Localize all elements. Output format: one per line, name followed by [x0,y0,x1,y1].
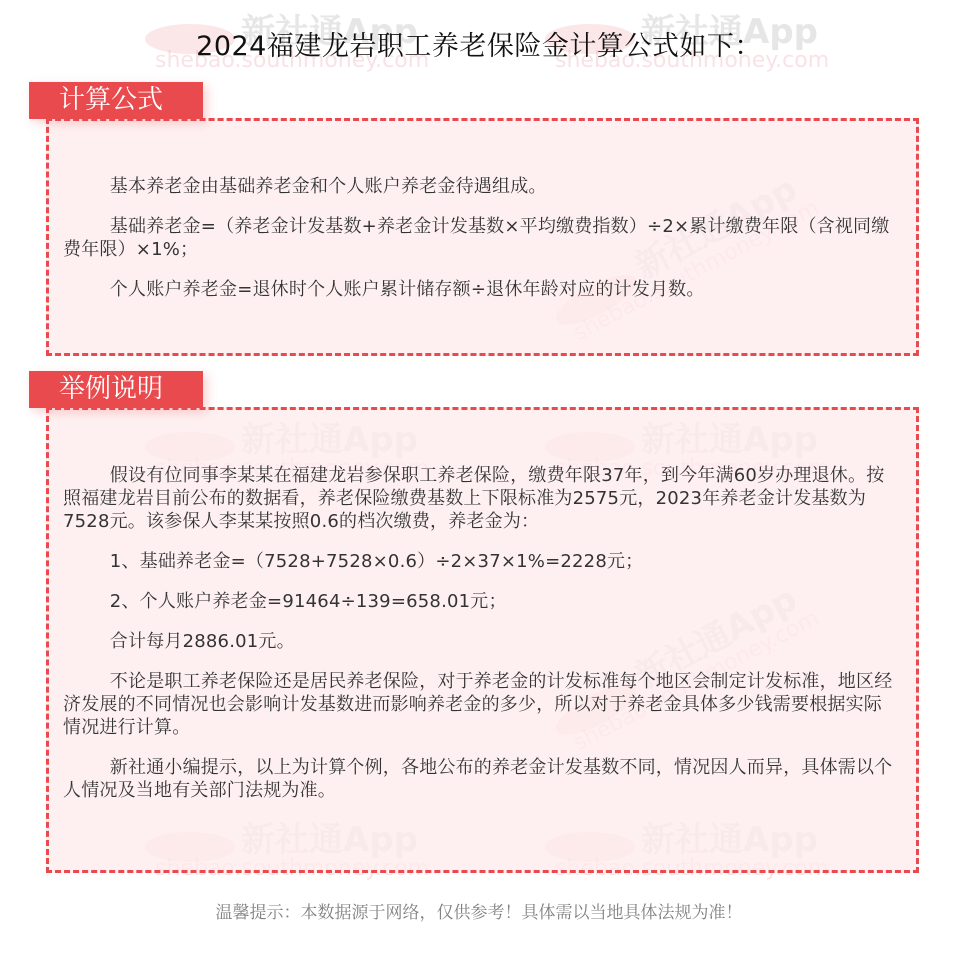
paragraph: 2、个人账户养老金=91464÷139=658.01元； [63,590,898,613]
section-tab-example: 举例说明 [29,371,203,408]
paragraph: 基本养老金由基础养老金和个人账户养老金待遇组成。 [63,175,898,198]
page-title: 2024福建龙岩职工养老保险金计算公式如下： [0,24,958,63]
paragraph: 假设有位同事李某某在福建龙岩参保职工养老保险，缴费年限37年，到今年满60岁办理… [63,464,898,533]
footer-notice: 温馨提示：本数据源于网络，仅供参考！具体需以当地具体法规为准！ [0,898,958,923]
section-box-formula: 基本养老金由基础养老金和个人账户养老金待遇组成。 基础养老金=（养老金计发基数+… [46,118,919,356]
paragraph: 不论是职工养老保险还是居民养老保险，对于养老金的计发标准每个地区会制定计发标准，… [63,670,898,739]
paragraph: 合计每月2886.01元。 [63,630,898,653]
paragraph: 个人账户养老金=退休时个人账户累计储存额÷退休年龄对应的计发月数。 [63,278,898,301]
section-tab-formula: 计算公式 [29,82,203,119]
paragraph: 新社通小编提示，以上为计算个例，各地公布的养老金计发基数不同，情况因人而异，具体… [63,756,898,802]
paragraph: 基础养老金=（养老金计发基数+养老金计发基数×平均缴费指数）÷2×累计缴费年限（… [63,215,898,261]
section-box-example: 假设有位同事李某某在福建龙岩参保职工养老保险，缴费年限37年，到今年满60岁办理… [46,407,919,873]
paragraph: 1、基础养老金=（7528+7528×0.6）÷2×37×1%=2228元； [63,550,898,573]
